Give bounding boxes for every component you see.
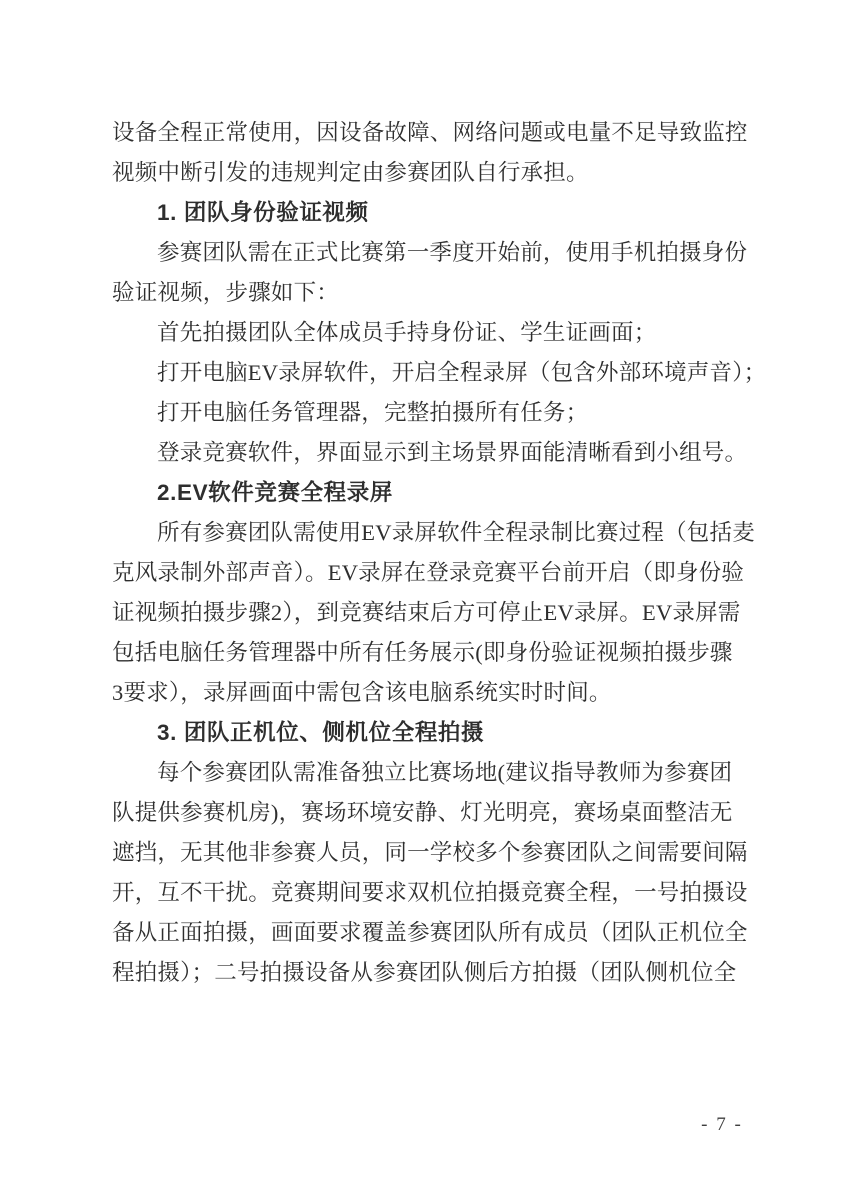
paragraph-line: 所有参赛团队需使用EV录屏软件全程录制比赛过程（包括麦 — [112, 513, 752, 553]
paragraph-line: 首先拍摄团队全体成员手持身份证、学生证画面； — [112, 313, 752, 353]
paragraph-line: 程拍摄）；二号拍摄设备从参赛团队侧后方拍摄（团队侧机位全 — [112, 953, 752, 993]
paragraph-line: 证视频拍摄步骤2），到竞赛结束后方可停止EV录屏。EV录屏需 — [112, 593, 752, 633]
page-number: - 7 - — [688, 1112, 756, 1138]
paragraph-line: 设备全程正常使用，因设备故障、网络问题或电量不足导致监控 — [112, 113, 752, 153]
section-heading: 1. 团队身份验证视频 — [112, 193, 752, 233]
paragraph-line: 开，互不干扰。竞赛期间要求双机位拍摄竞赛全程，一号拍摄设 — [112, 873, 752, 913]
paragraph-line: 参赛团队需在正式比赛第一季度开始前，使用手机拍摄身份 — [112, 233, 752, 273]
document-text-block: 设备全程正常使用，因设备故障、网络问题或电量不足导致监控视频中断引发的违规判定由… — [112, 113, 752, 993]
paragraph-line: 备从正面拍摄，画面要求覆盖参赛团队所有成员（团队正机位全 — [112, 913, 752, 953]
paragraph-line: 打开电脑EV录屏软件，开启全程录屏（包含外部环境声音）； — [112, 353, 752, 393]
section-heading: 2.EV软件竞赛全程录屏 — [112, 473, 752, 513]
paragraph-line: 3要求），录屏画面中需包含该电脑系统实时时间。 — [112, 673, 752, 713]
paragraph-line: 打开电脑任务管理器，完整拍摄所有任务； — [112, 393, 752, 433]
paragraph-line: 克风录制外部声音）。EV录屏在登录竞赛平台前开启（即身份验 — [112, 553, 752, 593]
paragraph-line: 登录竞赛软件，界面显示到主场景界面能清晰看到小组号。 — [112, 433, 752, 473]
section-heading: 3. 团队正机位、侧机位全程拍摄 — [112, 713, 752, 753]
paragraph-line: 每个参赛团队需准备独立比赛场地(建议指导教师为参赛团 — [112, 753, 752, 793]
paragraph-line: 视频中断引发的违规判定由参赛团队自行承担。 — [112, 153, 752, 193]
document-page: 设备全程正常使用，因设备故障、网络问题或电量不足导致监控视频中断引发的违规判定由… — [0, 0, 848, 1200]
paragraph-line: 队提供参赛机房)，赛场环境安静、灯光明亮，赛场桌面整洁无 — [112, 793, 752, 833]
paragraph-line: 遮挡，无其他非参赛人员，同一学校多个参赛团队之间需要间隔 — [112, 833, 752, 873]
paragraph-line: 验证视频，步骤如下： — [112, 273, 752, 313]
paragraph-line: 包括电脑任务管理器中所有任务展示(即身份验证视频拍摄步骤 — [112, 633, 752, 673]
